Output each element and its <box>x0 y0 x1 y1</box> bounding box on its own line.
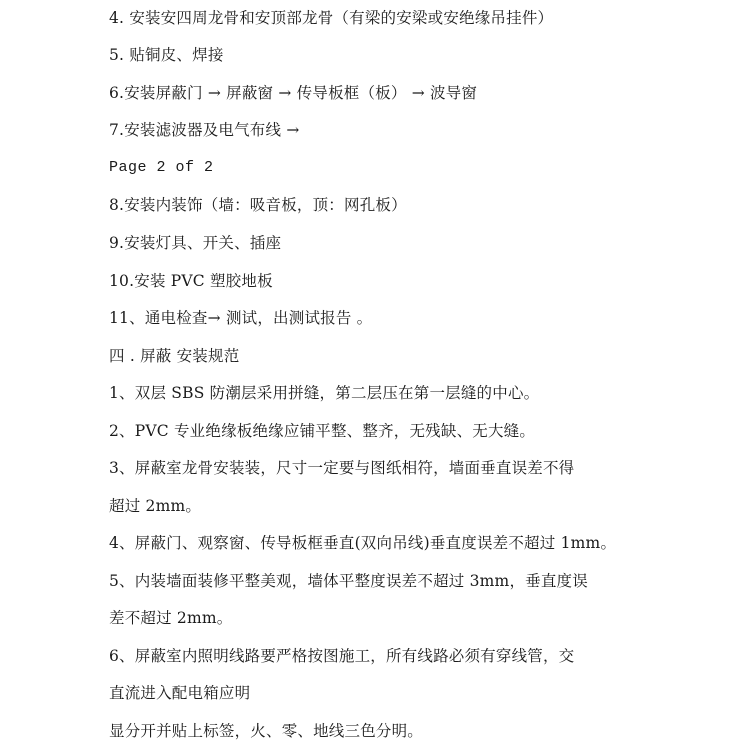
section-heading: 四 . 屏蔽 安装规范 <box>109 346 239 366</box>
step-5-line: 5. 贴铜皮、焊接 <box>109 45 224 65</box>
step-11-line: 11、通电检查→ 测试，出测试报告 。 <box>109 308 372 328</box>
step-9-line: 9.安装灯具、开关、插座 <box>109 233 281 253</box>
rule-2-line: 2、PVC 专业绝缘板绝缘应铺平整、整齐，无残缺、无大缝。 <box>109 421 535 441</box>
page-marker: Page 2 of 2 <box>109 158 214 178</box>
rule-5-continuation: 差不超过 2mm。 <box>109 608 233 628</box>
step-7-line: 7.安装滤波器及电气布线 → <box>109 120 300 140</box>
step-4-line: 4. 安装安四周龙骨和安顶部龙骨（有梁的安梁或安绝缘吊挂件） <box>109 8 553 28</box>
rule-3-line: 3、屏蔽室龙骨安装装，尺寸一定要与图纸相符，墙面垂直误差不得 <box>109 458 574 478</box>
rule-6-continuation-2: 显分开并贴上标签，火、零、地线三色分明。 <box>109 721 423 741</box>
rule-1-line: 1、双层 SBS 防潮层采用拼缝，第二层压在第一层缝的中心。 <box>109 383 539 403</box>
step-8-line: 8.安装内装饰（墙：吸音板，顶：网孔板） <box>109 195 407 215</box>
step-6-line: 6.安装屏蔽门 → 屏蔽窗 → 传导板框（板） → 波导窗 <box>109 83 477 103</box>
rule-5-line: 5、内装墙面装修平整美观，墙体平整度误差不超过 3mm，垂直度误 <box>109 571 588 591</box>
step-10-line: 10.安装 PVC 塑胶地板 <box>109 271 273 291</box>
rule-4-line: 4、屏蔽门、观察窗、传导板框垂直(双向吊线)垂直度误差不超过 1mm。 <box>109 533 616 553</box>
rule-6-line: 6、屏蔽室内照明线路要严格按图施工，所有线路必须有穿线管，交 <box>109 646 574 666</box>
rule-6-continuation-1: 直流进入配电箱应明 <box>109 683 250 703</box>
rule-3-continuation: 超过 2mm。 <box>109 496 201 516</box>
